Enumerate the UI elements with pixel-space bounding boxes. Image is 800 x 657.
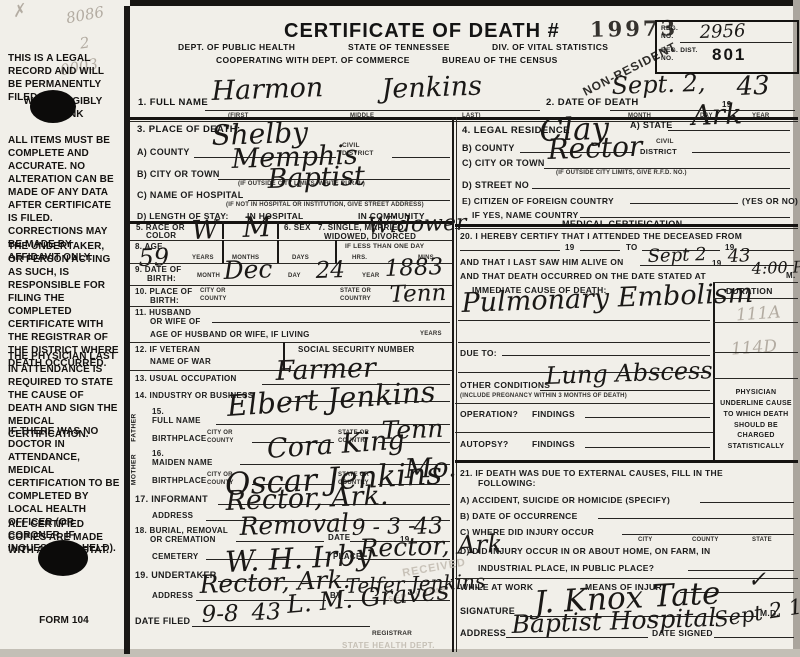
mother-name-value: Cora King xyxy=(266,426,406,463)
death-certificate-scan: ✗ 8086 2 0003 THIS IS A LEGAL RECORD AND… xyxy=(0,0,800,657)
pob-county-label: COUNTY xyxy=(200,296,227,302)
dod-year-value: 43 xyxy=(736,73,770,100)
race-label-2: COLOR xyxy=(146,231,176,240)
dob-label-2: BIRTH: xyxy=(147,274,176,283)
res-city-label: C) CITY OR TOWN xyxy=(462,158,545,168)
pod-city-label: B) CITY OR TOWN xyxy=(137,169,220,179)
pencil-number-2: 2 xyxy=(79,35,91,51)
pob-state-or-label: STATE OR xyxy=(340,288,371,294)
date-of-death-value: Sept. 2, xyxy=(611,71,706,98)
date-filed-value: 9-8 xyxy=(201,603,239,627)
informant-address-label: ADDRESS xyxy=(152,511,193,520)
father-name-label: FULL NAME xyxy=(152,416,201,425)
res-citizen-label: E) CITIZEN OF FOREIGN COUNTRY xyxy=(462,196,614,206)
res-yes-no-label: (YES OR NO) xyxy=(742,196,798,206)
pob-country-label: COUNTRY xyxy=(340,296,371,302)
spouse-label-1: 11. HUSBAND xyxy=(135,308,191,317)
dob-year-value: 1883 xyxy=(384,256,443,281)
injury-home-farm-label: D) DID INJURY OCCUR IN OR ABOUT HOME, ON… xyxy=(460,546,711,556)
less-than-one-day-label: IF LESS THAN ONE DAY xyxy=(345,243,424,250)
scan-edge-top xyxy=(130,0,800,6)
father-section-label: FATHER xyxy=(131,406,138,450)
dob-day-label: DAY xyxy=(288,273,301,279)
age-days-label: DAYS xyxy=(292,255,309,261)
pod-county-label: A) COUNTY xyxy=(137,147,190,157)
cooperating-commerce: COOPERATING WITH DEPT. OF COMMERCE xyxy=(216,55,410,65)
sex-label: 6. SEX xyxy=(284,223,311,232)
mother-name-label: MAIDEN NAME xyxy=(152,458,213,467)
operation-findings-label: FINDINGS xyxy=(532,409,575,419)
accident-suicide-label: A) ACCIDENT, SUICIDE OR HOMICIDE (SPECIF… xyxy=(460,495,670,505)
health-dept-stamp: STATE HEALTH DEPT. xyxy=(342,641,435,650)
med-19a: 19 xyxy=(565,243,575,252)
signature-label: SIGNATURE xyxy=(460,606,515,616)
external-causes-label-2: FOLLOWING: xyxy=(478,478,536,488)
full-name-label: 1. FULL NAME xyxy=(138,97,208,108)
dob-label-1: 9. DATE OF xyxy=(135,265,181,274)
med-occurred-label: AND THAT DEATH OCCURRED ON THE DATE STAT… xyxy=(460,271,706,281)
med-saw-date-value: Sept 2 xyxy=(647,246,707,266)
date-filed-label: DATE FILED xyxy=(135,616,190,626)
age-hrs-label: HRS. xyxy=(352,255,367,261)
med-saw-year-value: 43 xyxy=(727,247,751,266)
father-name-label-num: 15. xyxy=(152,407,164,416)
reg-dist-no-label: NO. xyxy=(661,55,673,62)
full-name-first-value: Harmon xyxy=(211,74,324,105)
veteran-label-1: 12. IF VETERAN xyxy=(135,345,200,354)
medical-certification-header: MEDICAL CERTIFICATION xyxy=(562,219,683,229)
dob-month-value: Dec xyxy=(223,256,273,283)
hole-punch-blob-top xyxy=(30,90,76,123)
res-state-value: Ark xyxy=(691,100,743,130)
div-vital-statistics: DIV. OF VITAL STATISTICS xyxy=(492,42,608,52)
physician-underline-note: PHYSICIAN UNDERLINE CAUSE TO WHICH DEATH… xyxy=(716,388,796,453)
autopsy-label: AUTOPSY? xyxy=(460,439,509,449)
pod-hospital-sub: (IF NOT IN HOSPITAL OR INSTITUTION, GIVE… xyxy=(226,202,424,208)
spouse-age-label: AGE OF HUSBAND OR WIFE, IF LIVING xyxy=(150,330,310,339)
autopsy-findings-label: FINDINGS xyxy=(532,439,575,449)
due-to-label: DUE TO: xyxy=(460,348,497,358)
sidebar-divider-bar xyxy=(124,6,130,654)
scan-edge-right xyxy=(793,0,800,657)
veteran-label-2: NAME OF WAR xyxy=(150,357,211,366)
reg-dist-value: 801 xyxy=(712,45,746,65)
marital-value: Widower xyxy=(367,213,467,238)
res-district-label: DISTRICT xyxy=(640,147,677,156)
operation-label: OPERATION? xyxy=(460,409,518,419)
registrar-label: REGISTRAR xyxy=(372,630,412,637)
scan-edge-bottom xyxy=(0,649,800,657)
res-city-sub: (IF OUTSIDE CITY LIMITS, GIVE R.F.D. NO.… xyxy=(556,170,687,176)
burial-label-2: OR CREMATION xyxy=(150,535,216,544)
bureau-of-census: BUREAU OF THE CENSUS xyxy=(442,55,558,65)
pob-city-or-label: CITY OR xyxy=(200,288,226,294)
med-19c: 19 xyxy=(712,259,722,268)
reg-dist-label: REG. DIST. xyxy=(661,47,698,54)
external-causes-label-1: 21. IF DEATH WAS DUE TO EXTERNAL CAUSES,… xyxy=(460,468,723,478)
injury-state-label: STATE xyxy=(752,537,772,543)
while-at-work-label: WHILE AT WORK xyxy=(460,582,533,592)
reg-no-label: NO. xyxy=(661,33,673,40)
pob-label-2: BIRTH: xyxy=(150,296,179,305)
med-to: TO xyxy=(626,243,638,252)
mother-name-label-num: 16. xyxy=(152,449,164,458)
res-street-label: D) STREET NO xyxy=(462,180,529,190)
state-of-tennessee: STATE OF TENNESSEE xyxy=(348,42,450,52)
reg-label: REG. xyxy=(661,25,678,32)
where-injury-label: C) WHERE DID INJURY OCCUR xyxy=(460,527,594,537)
burial-label-1: 18. BURIAL, REMOVAL xyxy=(135,526,228,535)
mother-birthplace-label: BIRTHPLACE xyxy=(152,476,207,485)
undertaker-address-label: ADDRESS xyxy=(152,591,193,600)
mother-section-label: MOTHER xyxy=(131,448,138,492)
med-last-saw-label: AND THAT I LAST SAW HIM ALIVE ON xyxy=(460,257,624,267)
means-check-mark: ✓ xyxy=(747,569,766,592)
pencil-corner-mark: ✗ xyxy=(10,2,27,21)
age-years-label: YEARS xyxy=(192,255,214,261)
med-line-20: 20. I HEREBY CERTIFY THAT I ATTENDED THE… xyxy=(460,231,742,241)
other-conditions-label: OTHER CONDITIONS xyxy=(460,380,550,390)
spouse-years-label: YEARS xyxy=(420,331,442,337)
pod-hospital-value: Baptist xyxy=(267,163,365,193)
dob-day-value: 24 xyxy=(315,259,345,283)
res-state-label: A) STATE xyxy=(630,120,673,130)
date-signed-value: Sept 2 1943 xyxy=(713,590,800,631)
res-city-value: Rector xyxy=(547,133,643,164)
res-county-label: B) COUNTY xyxy=(462,143,515,153)
hole-punch-blob-bottom xyxy=(38,540,88,576)
other-conditions-sub: (INCLUDE PREGNANCY WITHIN 3 MONTHS OF DE… xyxy=(460,393,627,399)
pob-label-1: 10. PLACE OF xyxy=(135,287,192,296)
dob-year-label: YEAR xyxy=(362,273,379,279)
date-occurrence-label: B) DATE OF OCCURRENCE xyxy=(460,511,578,521)
full-name-last-value: Jenkins xyxy=(381,73,482,103)
date-filed-year: 43 xyxy=(251,601,281,625)
reg-no-value: 2956 xyxy=(699,22,745,42)
certificate-title: CERTIFICATE OF DEATH # xyxy=(284,20,560,43)
injury-city-label: CITY xyxy=(638,537,652,543)
form-number: FORM 104 xyxy=(8,614,120,627)
other-conditions-value: Lung Abscess xyxy=(545,358,713,388)
date-signed-label: DATE SIGNED xyxy=(652,628,713,638)
dob-month-label: MONTH xyxy=(197,273,220,279)
pencil-code-114d: 114D xyxy=(730,338,777,358)
dept-public-health: DEPT. OF PUBLIC HEALTH xyxy=(178,42,295,52)
occupation-label: 13. USUAL OCCUPATION xyxy=(135,374,237,383)
sex-value: M xyxy=(242,213,272,242)
father-bp-city-or: CITY OR xyxy=(207,430,233,436)
pod-hospital-label: C) NAME OF HOSPITAL xyxy=(137,190,244,200)
informant-label: 17. INFORMANT xyxy=(135,494,208,504)
injury-county-label: COUNTY xyxy=(692,537,719,543)
med-m-label: M. xyxy=(786,271,796,280)
industrial-place-label: INDUSTRIAL PLACE, IN PUBLIC PLACE? xyxy=(478,563,654,573)
pencil-number-1: 8086 xyxy=(65,5,105,26)
spouse-label-2: OR WIFE OF xyxy=(150,317,201,326)
physician-address-label: ADDRESS xyxy=(460,628,506,638)
father-bp-county: COUNTY xyxy=(207,438,234,444)
father-birthplace-label: BIRTHPLACE xyxy=(152,434,207,443)
cemetery-label: CEMETERY xyxy=(152,552,199,561)
pob-value: Tenn xyxy=(389,282,447,307)
res-civil-label: CIVIL xyxy=(656,138,674,145)
